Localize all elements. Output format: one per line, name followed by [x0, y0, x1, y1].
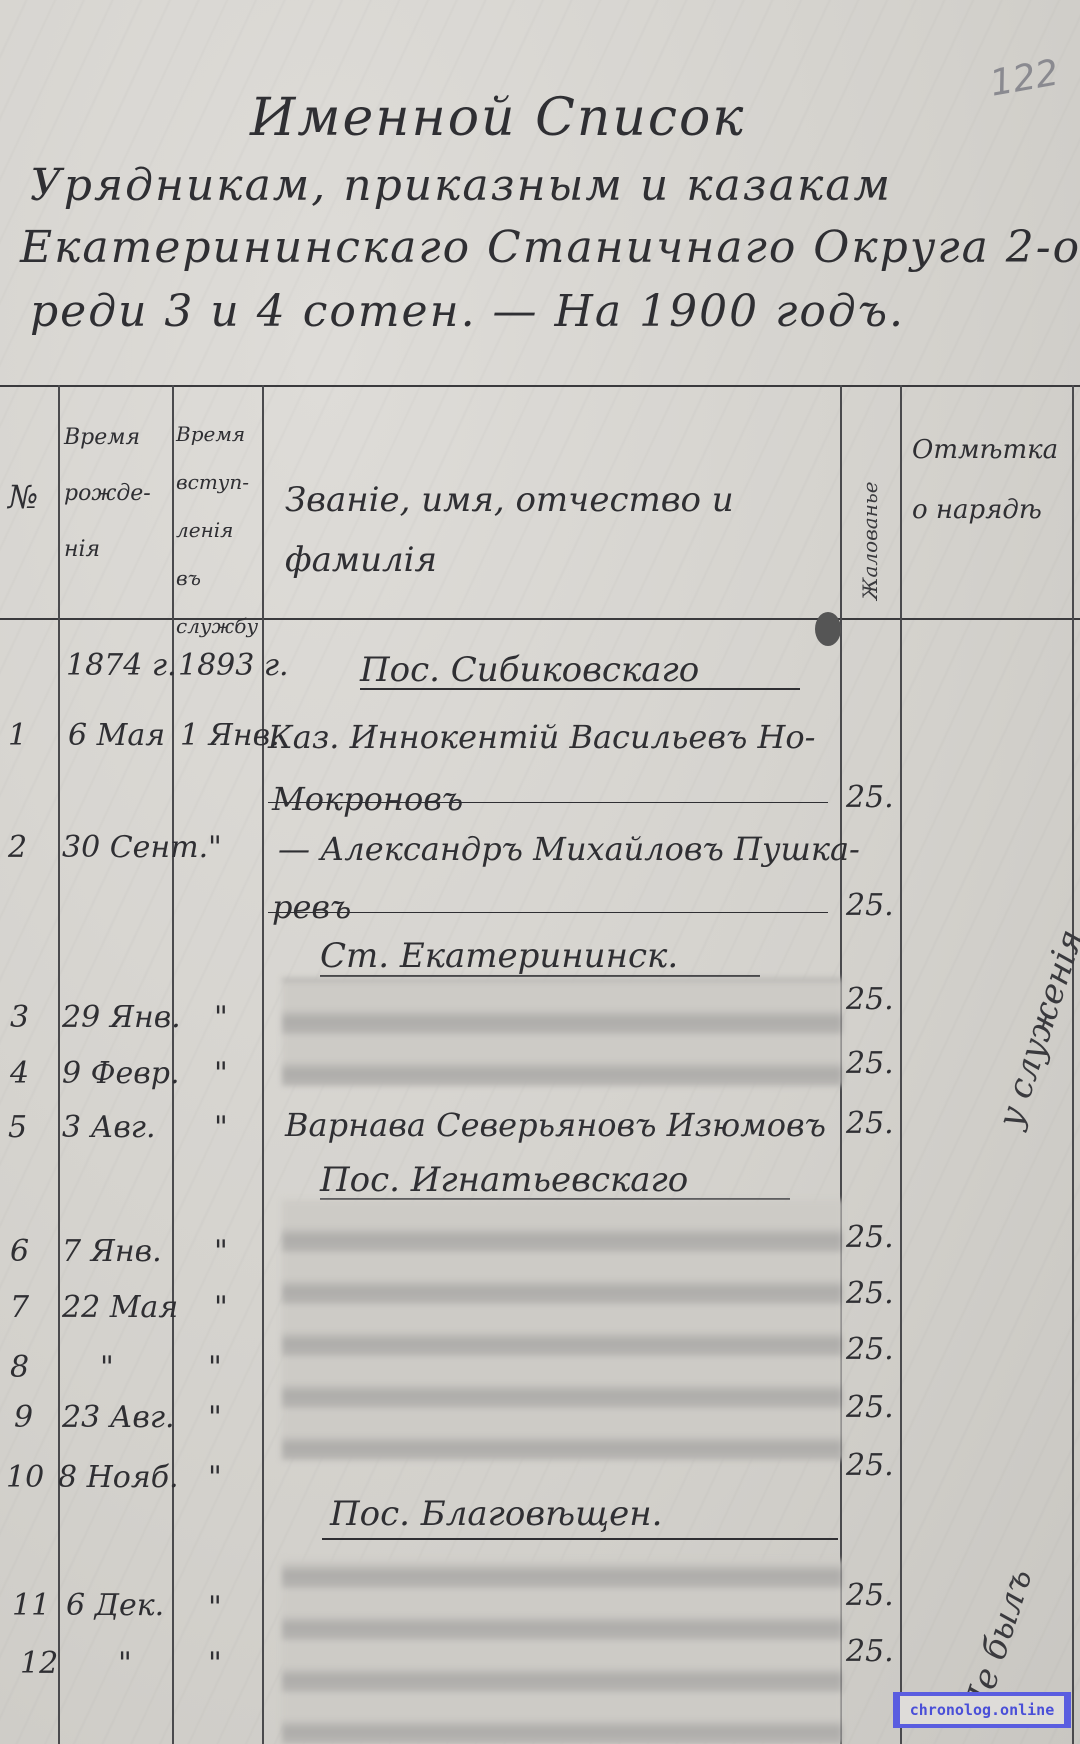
- person-name: Каз. Иннокентій Васильевъ Но-: [268, 718, 815, 756]
- row-number: 11: [12, 1588, 50, 1623]
- header-number: №: [8, 478, 38, 516]
- title-line-2: Урядникам, приказным и казакам: [30, 160, 892, 211]
- row-number: 9: [14, 1400, 33, 1435]
- row-number: 1: [8, 718, 27, 753]
- row-underline: [268, 912, 828, 913]
- salary: 25.: [846, 1276, 894, 1311]
- birth-date: 29 Янв.: [62, 1000, 181, 1035]
- birth-date: 7 Янв.: [62, 1234, 162, 1269]
- salary: 25.: [846, 1046, 894, 1081]
- redacted-region: [282, 1200, 842, 1460]
- salary: 25.: [846, 1106, 894, 1141]
- watermark-text[interactable]: chronolog.online: [900, 1696, 1065, 1724]
- entry-date: 1 Янв.: [180, 718, 280, 753]
- birth-date: ": [118, 1646, 132, 1681]
- salary: 25.: [846, 888, 894, 923]
- row-number: 3: [10, 1000, 29, 1035]
- row-number: 6: [10, 1234, 29, 1269]
- salary: 25.: [846, 780, 894, 815]
- row-underline: [268, 802, 828, 803]
- row-number: 7: [10, 1290, 29, 1325]
- column-divider-number: [58, 385, 60, 1744]
- birth-date: 8 Нояб.: [58, 1460, 179, 1495]
- entry-date: ": [214, 1110, 228, 1145]
- watermark[interactable]: chronolog.online: [893, 1692, 1071, 1728]
- person-name-cont: Мокроновъ: [272, 780, 463, 818]
- section-heading: Ст. Екатерининск.: [320, 936, 678, 976]
- birth-year: 1874 г.: [66, 648, 177, 683]
- row-number: 5: [8, 1110, 27, 1145]
- birth-date: 30 Сент.: [62, 830, 208, 865]
- entry-date: ": [208, 1400, 222, 1435]
- entry-date: ": [214, 1056, 228, 1091]
- birth-date: 9 Февр.: [62, 1056, 179, 1091]
- header-rank-name: Званіе, имя, отчество и фамилія: [285, 470, 825, 590]
- row-number: 10: [6, 1460, 44, 1495]
- row-number: 4: [10, 1056, 29, 1091]
- birth-date: 3 Авг.: [62, 1110, 156, 1145]
- entry-date: ": [208, 1460, 222, 1495]
- redacted-region: [282, 978, 842, 1086]
- redacted-region: [282, 1560, 842, 1744]
- person-name-cont: ревъ: [272, 888, 351, 926]
- birth-date: 22 Мая: [62, 1290, 178, 1325]
- salary: 25.: [846, 1390, 894, 1425]
- table-header-border: [0, 618, 1080, 620]
- section-heading: Пос. Сибиковскаго: [360, 650, 699, 690]
- entry-date: ": [208, 830, 222, 865]
- salary: 25.: [846, 1578, 894, 1613]
- salary: 25.: [846, 1332, 894, 1367]
- ink-blot: [815, 612, 841, 646]
- birth-date: 23 Авг.: [62, 1400, 175, 1435]
- birth-date: 6 Дек.: [66, 1588, 164, 1623]
- entry-date: ": [208, 1350, 222, 1385]
- entry-date: ": [208, 1590, 222, 1625]
- header-birth-date: Время рожде-нія: [64, 410, 169, 578]
- table-top-border: [0, 385, 1080, 387]
- column-divider-salary: [900, 385, 902, 1744]
- column-divider-entry: [262, 385, 264, 1744]
- entry-date: ": [214, 1234, 228, 1269]
- salary: 25.: [846, 1448, 894, 1483]
- salary: 25.: [846, 1220, 894, 1255]
- document-title: Именной Список: [250, 88, 745, 148]
- header-salary: Жалованье: [858, 481, 882, 600]
- birth-date: 6 Мая: [68, 718, 165, 753]
- column-divider-right: [1072, 385, 1074, 1744]
- section-heading: Пос. Благовѣщен.: [330, 1494, 662, 1534]
- person-name: Варнава Северьяновъ Изюмовъ: [285, 1106, 826, 1144]
- title-line-3: Екатерининскаго Станичнаго Округа 2-ой о…: [20, 222, 1080, 273]
- section-underline: [360, 688, 800, 690]
- entry-date: ": [214, 1000, 228, 1035]
- section-underline: [322, 1538, 838, 1540]
- row-number: 12: [20, 1646, 58, 1681]
- entry-year: 1893 г.: [178, 648, 289, 683]
- row-number: 2: [8, 830, 27, 865]
- row-number: 8: [10, 1350, 29, 1385]
- birth-date: ": [100, 1350, 114, 1385]
- entry-date: ": [214, 1290, 228, 1325]
- section-underline: [320, 975, 760, 977]
- salary: 25.: [846, 1634, 894, 1669]
- header-remarks: Отмѣтка о нарядѣ: [912, 420, 1062, 540]
- section-heading: Пос. Игнатьевскаго: [320, 1160, 688, 1200]
- entry-date: ": [208, 1646, 222, 1681]
- title-line-4: реди 3 и 4 сотен. — На 1900 годъ.: [30, 286, 905, 337]
- salary: 25.: [846, 982, 894, 1017]
- header-service-entry: Время вступ-ленія въ службу: [176, 410, 260, 650]
- person-name: — Александръ Михайловъ Пушка-: [278, 830, 860, 868]
